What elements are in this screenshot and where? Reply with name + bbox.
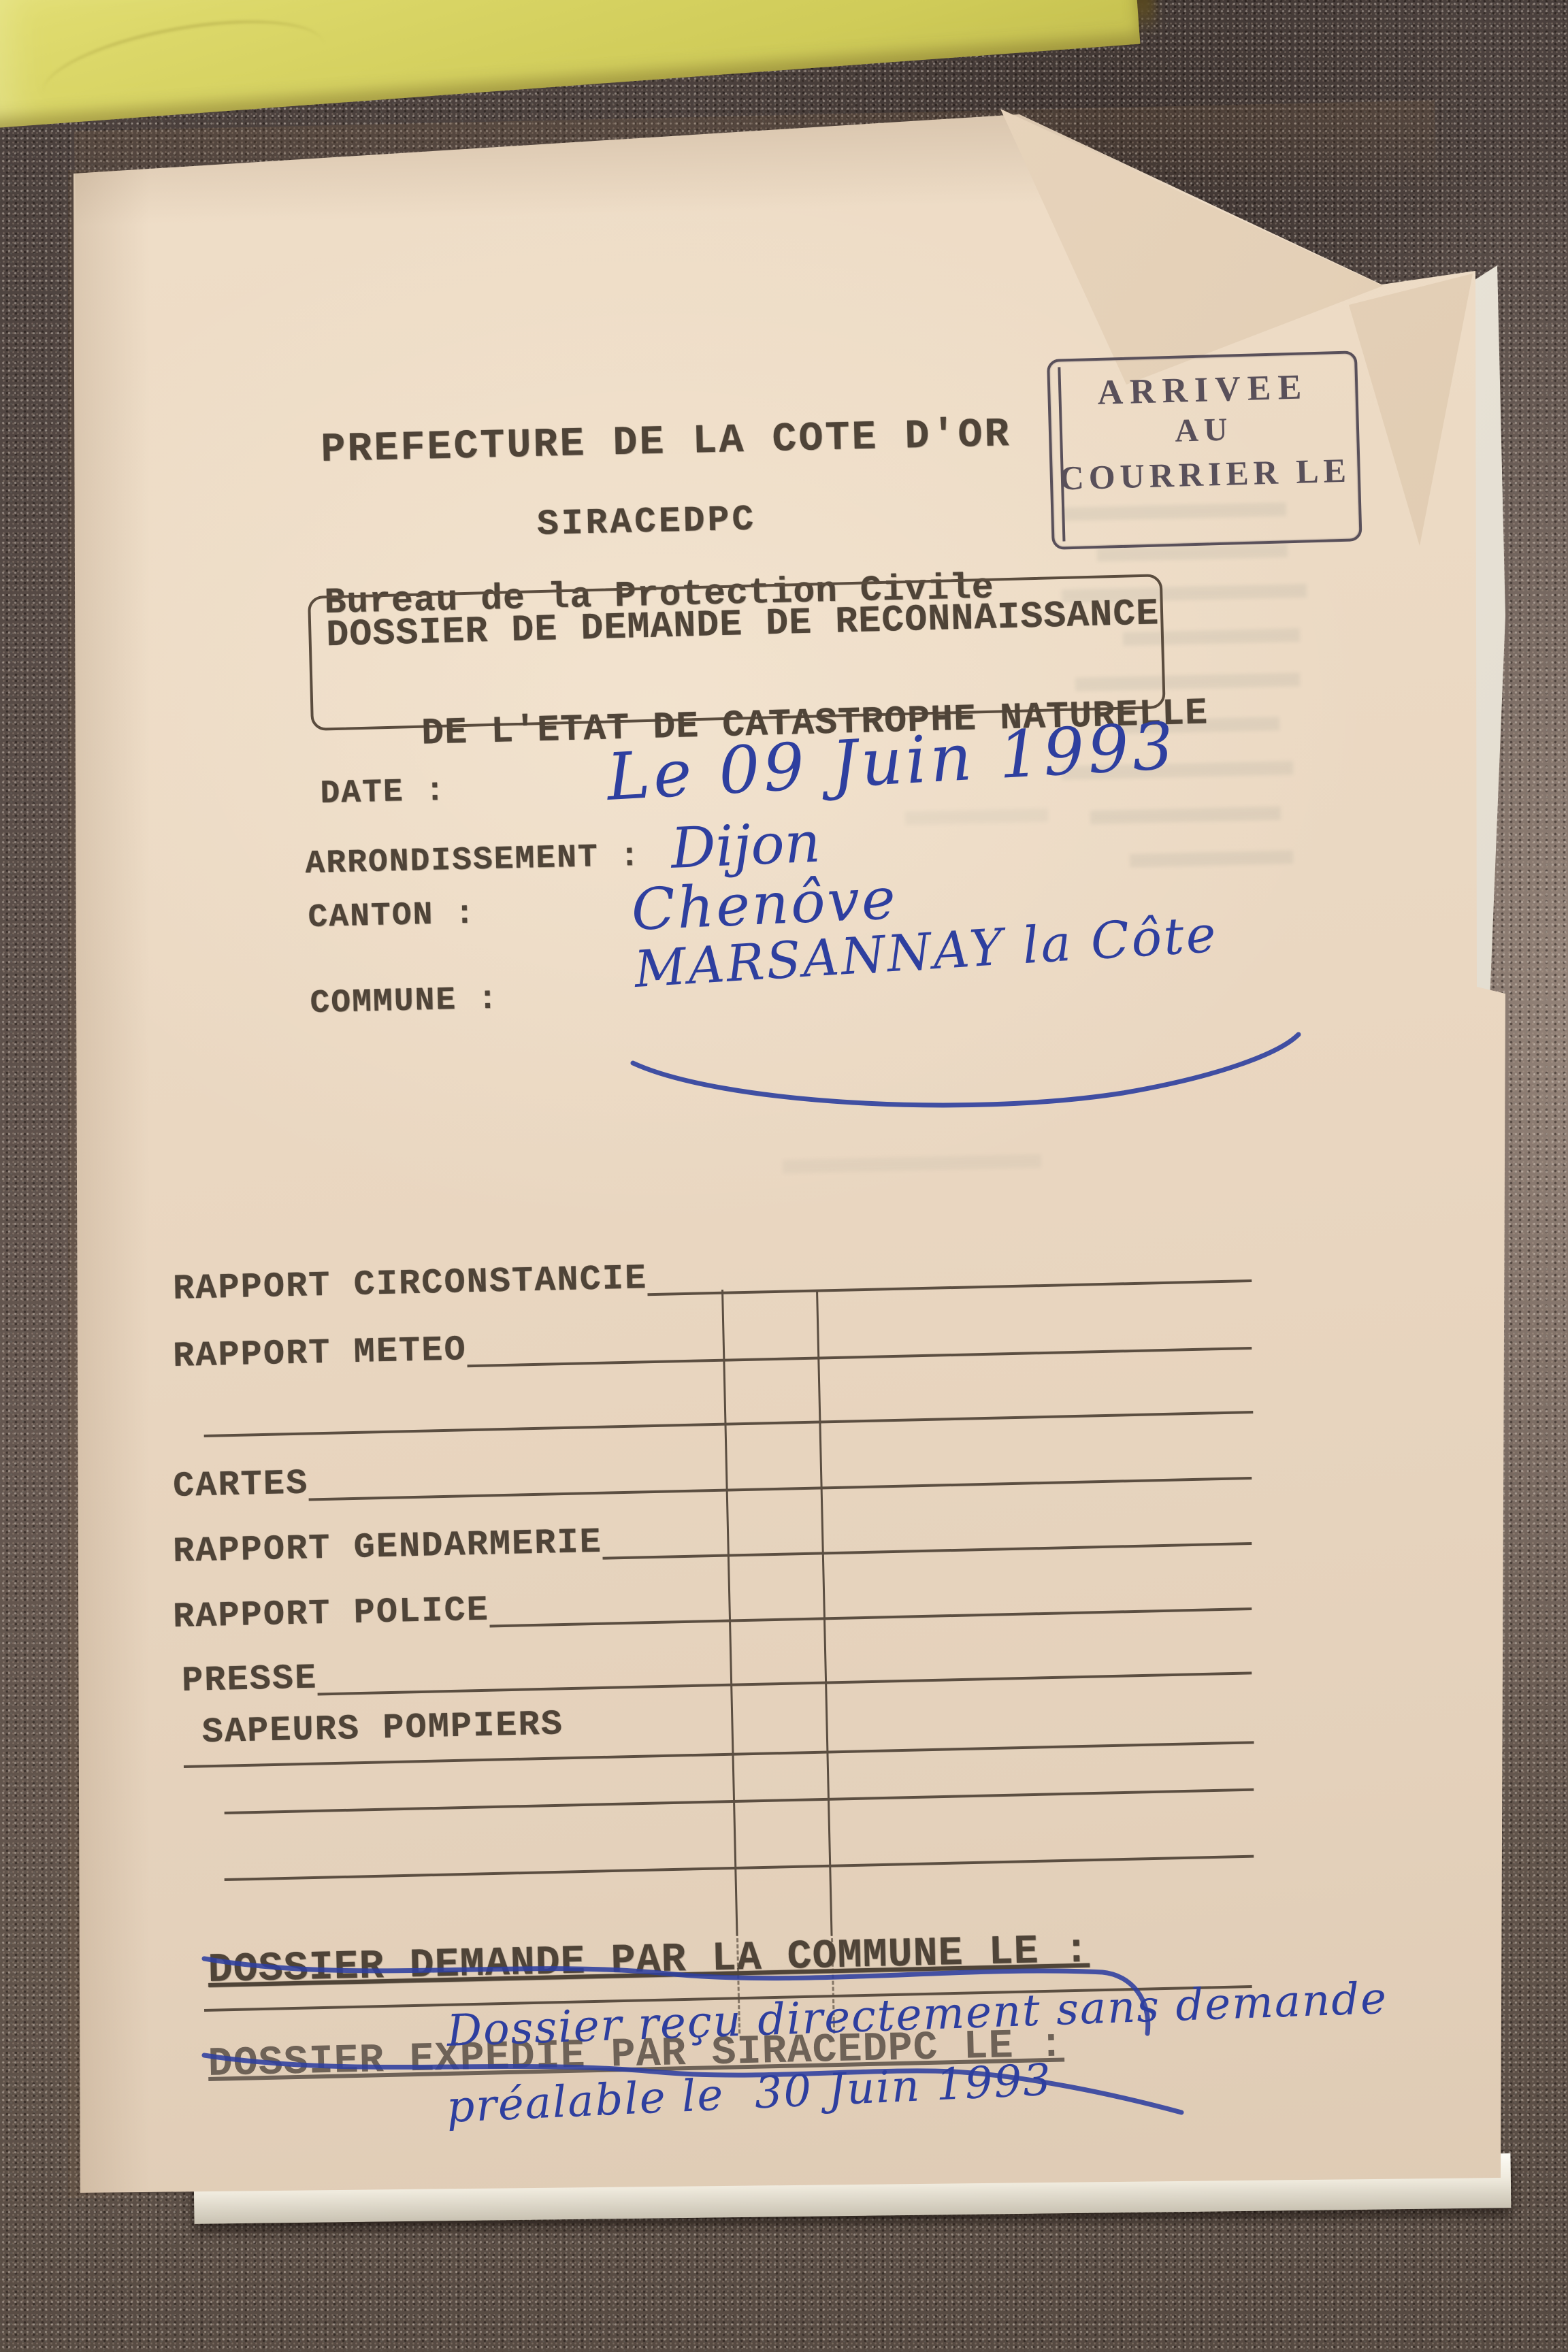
checklist-label: PRESSE	[181, 1658, 318, 1707]
checklist-label: SAPEURS POMPIERS	[201, 1704, 564, 1758]
folder-left-shading	[68, 170, 150, 2198]
stamp-line-3: COURRIER LE	[1052, 450, 1358, 497]
folder-top-shading	[74, 100, 1437, 226]
checklist-label: RAPPORT POLICE	[172, 1590, 489, 1643]
stamp-line-1: ARRIVEE	[1050, 365, 1356, 414]
arrival-stamp-box: ARRIVEE AU COURRIER LE	[1047, 350, 1362, 550]
field-label-commune: COMMUNE :	[310, 981, 499, 1022]
field-label-arrondissement: ARRONDISSEMENT :	[305, 838, 641, 883]
photo-scene: PREFECTURE DE LA COTE D'OR SIRACEDPC Bur…	[0, 0, 1568, 2352]
checklist-label: CARTES	[172, 1463, 309, 1512]
checklist-label: RAPPORT GENDARMERIE	[172, 1522, 602, 1578]
dossier-title-box: DOSSIER DE DEMANDE DE RECONNAISSANCE DE …	[308, 574, 1166, 731]
stamp-line-2: AU	[1051, 407, 1356, 453]
siracedpc-name: SIRACEDPC	[323, 494, 971, 550]
prefecture-name: PREFECTURE DE LA COTE D'OR	[321, 412, 969, 474]
field-label-date: DATE :	[320, 773, 446, 813]
checklist-label: RAPPORT METEO	[172, 1330, 467, 1382]
dossier-title-line-1: DOSSIER DE DEMANDE DE RECONNAISSANCE	[326, 592, 1160, 657]
field-label-canton: CANTON :	[308, 896, 476, 936]
